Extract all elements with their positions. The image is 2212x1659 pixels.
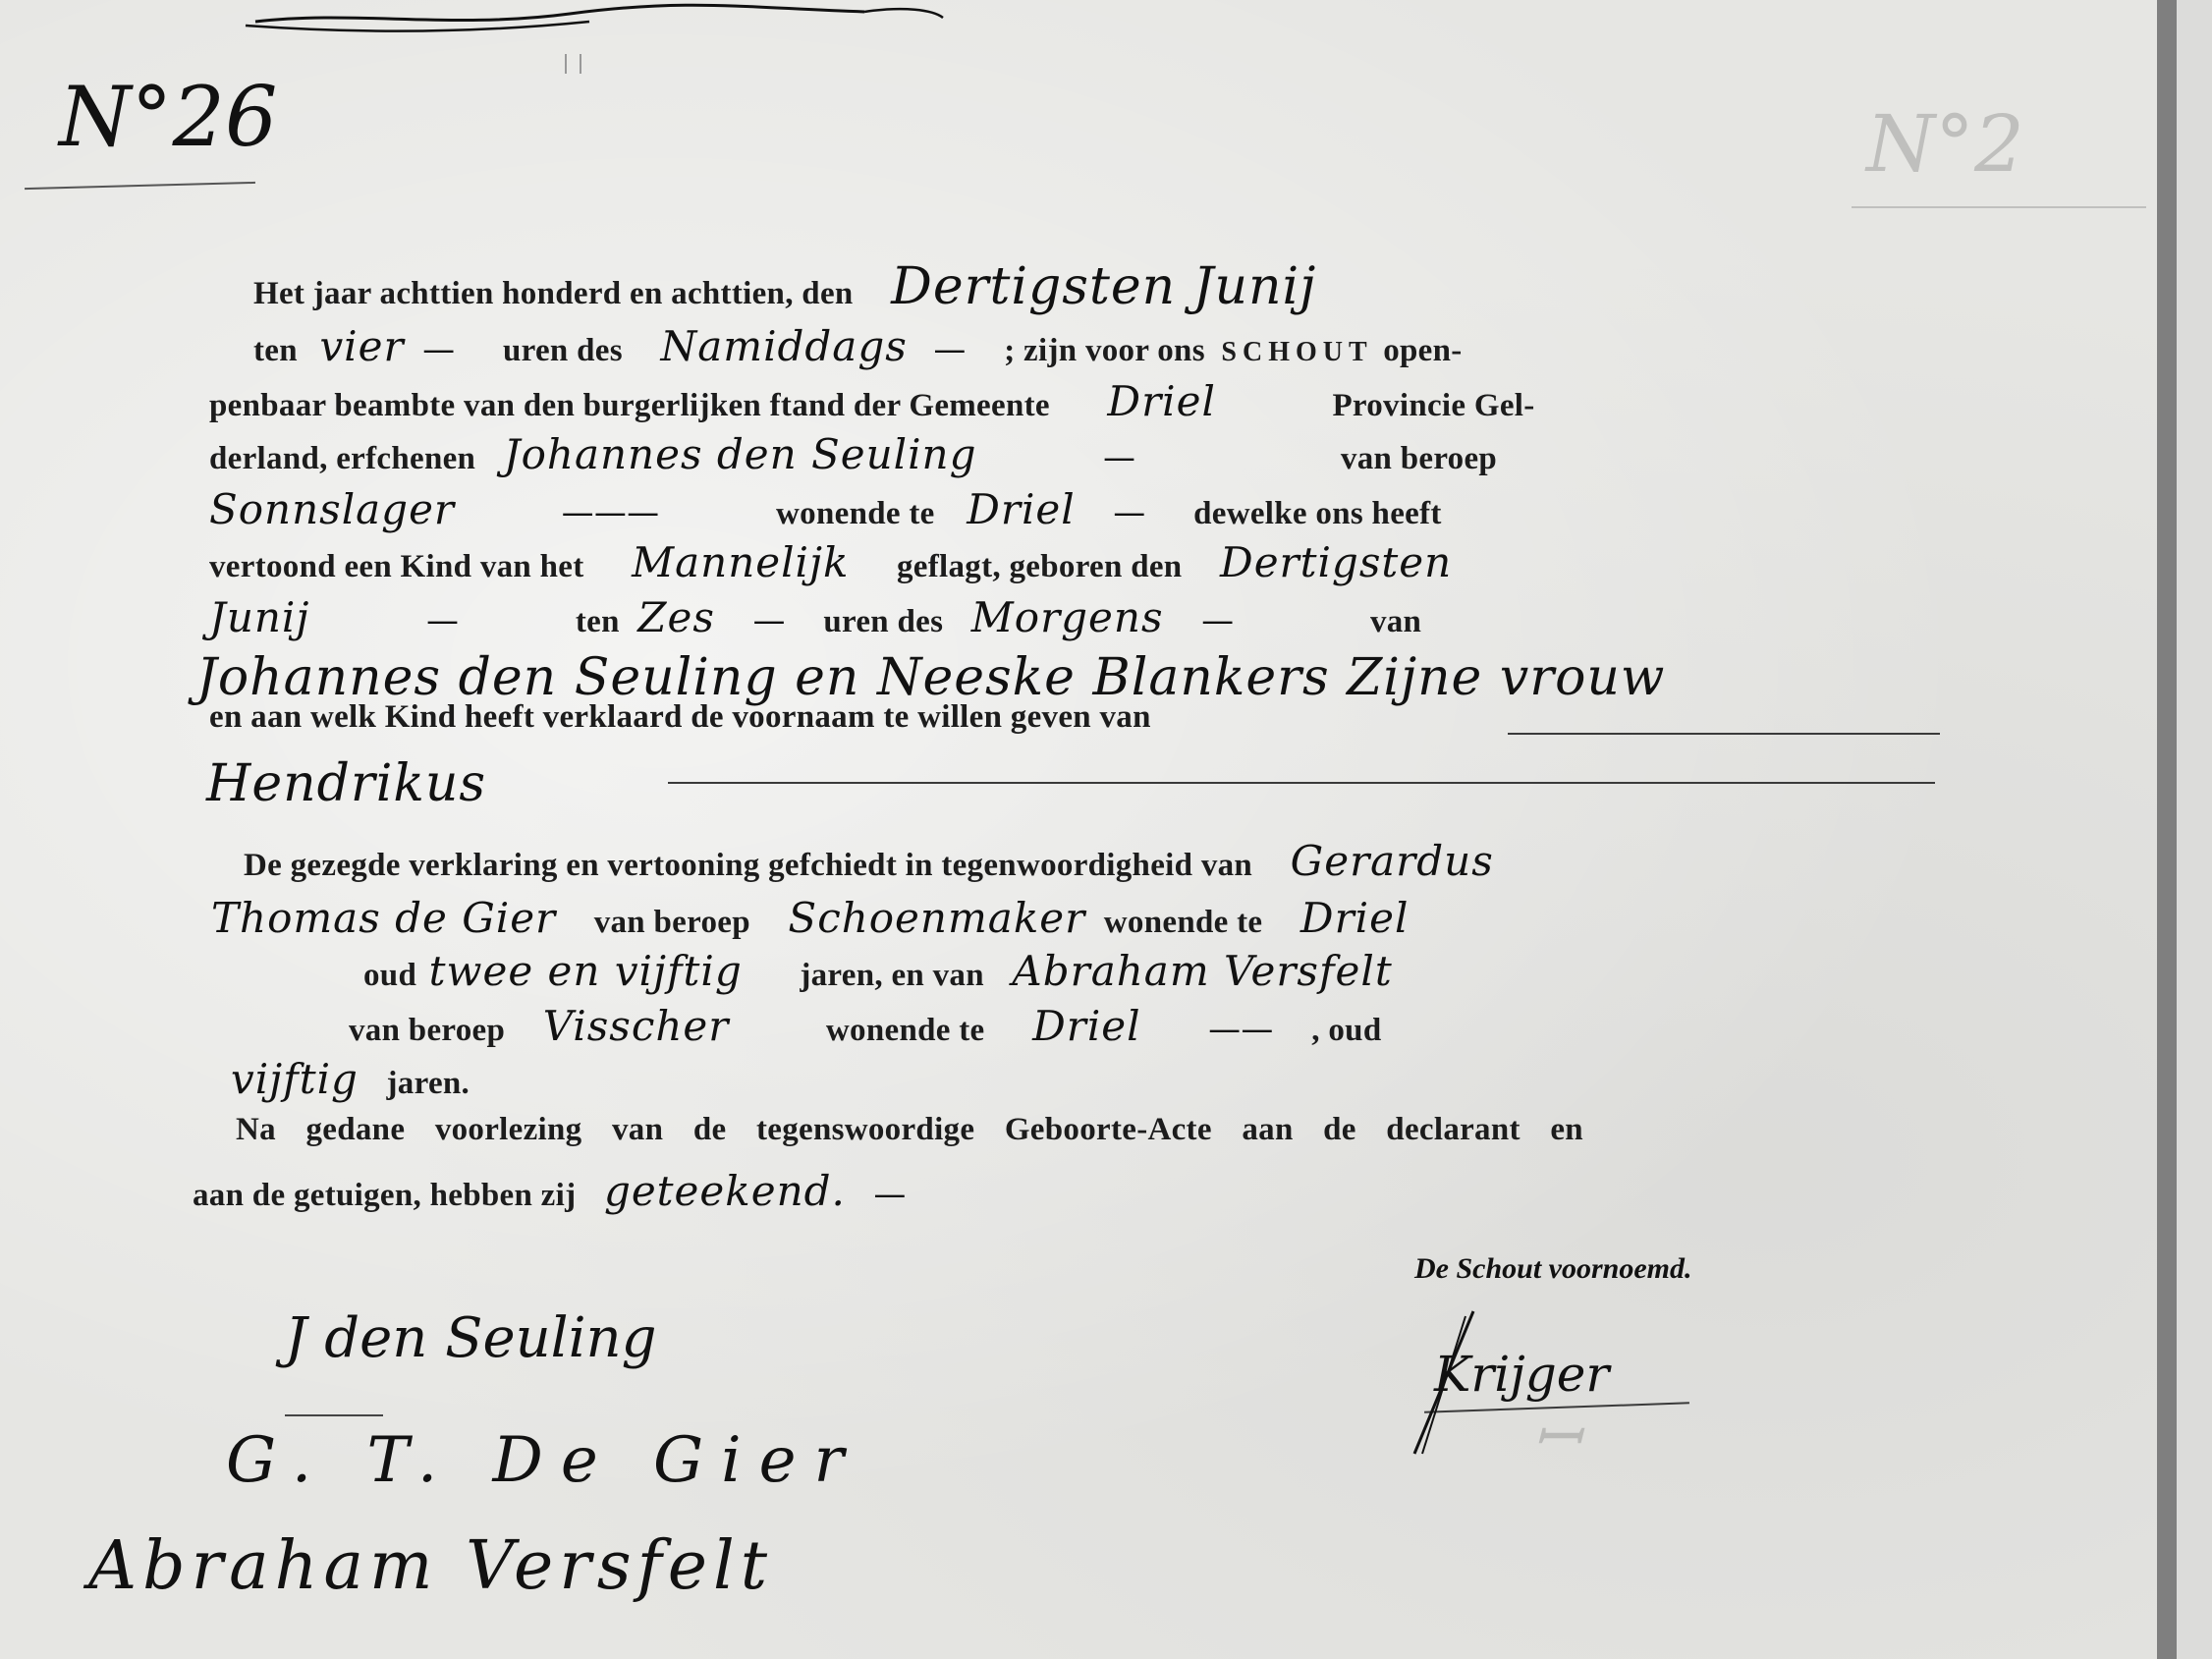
faint-corner-mark: N°2 — [1866, 98, 2024, 190]
fill-rule — [668, 782, 1935, 784]
line-3: penbaar beambte van den burgerlijken fta… — [209, 377, 1535, 425]
handwritten-birth-time-of-day: Morgens — [971, 593, 1164, 641]
printed-text: van — [1370, 604, 1421, 639]
handwritten-witness1-first-name: Gerardus — [1291, 837, 1494, 885]
handwritten-sex: Mannelijk — [632, 538, 849, 586]
signature-declarant: J den Seuling — [285, 1306, 656, 1370]
fill-dash: ——— — [562, 493, 660, 531]
handwritten-time-of-day: Namiddags — [660, 322, 907, 370]
line-7: Junij — ten Zes — uren des Morgens — van — [209, 593, 1421, 641]
fill-rule — [1508, 733, 1940, 735]
bleed-through-mark: ꟷ — [1532, 1395, 1580, 1475]
handwritten-residence: Driel — [967, 485, 1075, 533]
line-2: ten vier — uren des Namiddags — ; zijn v… — [253, 322, 1463, 370]
printed-schout: SCHOUT — [1221, 337, 1372, 367]
fill-dash: —— — [1208, 1010, 1274, 1048]
faint-mark — [580, 54, 581, 74]
right-margin — [2177, 0, 2212, 1659]
line-11: De gezegde verklaring en vertooning gefc… — [244, 837, 1494, 885]
schout-label: De Schout voornoemd. — [1414, 1252, 1692, 1286]
document-page: N°26 N°2 Het jaar achttien honderd en ac… — [0, 0, 2212, 1659]
faint-mark — [565, 54, 567, 74]
handwritten-signed: geteekend. — [604, 1167, 846, 1215]
printed-text: van beroep — [594, 905, 750, 940]
handwritten-witness2-occupation: Visscher — [543, 1002, 730, 1050]
line-17: aan de getuigen, hebben zij geteekend. — — [193, 1167, 907, 1215]
printed-text: wonende te — [826, 1013, 985, 1048]
signature-witness-2: Abraham Versfelt — [88, 1527, 773, 1605]
line-15: vijftig jaren. — [231, 1055, 470, 1103]
printed-text: jaren, en van — [800, 958, 984, 993]
printed-text: uren des — [823, 604, 943, 639]
printed-text: open- — [1383, 333, 1462, 368]
printed-text: De gezegde verklaring en vertooning gefc… — [244, 848, 1252, 883]
handwritten-witness1-age: twee en vijftig — [429, 947, 743, 995]
fill-dash: — — [426, 601, 459, 639]
printed-text: ; zijn voor ons — [1004, 333, 1205, 368]
number-underline — [25, 182, 255, 190]
printed-text: dewelke ons heeft — [1193, 496, 1442, 531]
handwritten-parents: Johannes den Seuling en Neeske Blankers … — [196, 648, 1665, 707]
printed-text: uren des — [503, 333, 623, 368]
handwritten-date: Dertigsten Junij — [891, 257, 1316, 316]
fill-dash: — — [873, 1175, 906, 1213]
printed-text: , oud — [1311, 1013, 1381, 1048]
line-9: en aan welk Kind heeft verklaard de voor… — [209, 699, 1151, 736]
handwritten-hour: vier — [319, 322, 404, 370]
printed-text: wonende te — [776, 496, 935, 531]
printed-text: jaren. — [387, 1066, 470, 1101]
fill-dash: — — [1113, 493, 1145, 531]
printed-text: ten — [253, 333, 298, 368]
fill-dash: — — [422, 330, 455, 368]
handwritten-witness2-residence: Driel — [1032, 1002, 1140, 1050]
printed-text: derland, erfchenen — [209, 441, 475, 476]
fill-dash: — — [933, 330, 966, 368]
line-8: Johannes den Seuling en Neeske Blankers … — [196, 648, 1665, 707]
fill-dash: — — [1201, 601, 1234, 639]
fill-dash: — — [1103, 438, 1135, 476]
printed-text: wonende te — [1104, 905, 1263, 940]
printed-text: en aan welk Kind heeft verklaard de voor… — [209, 699, 1151, 735]
top-flourish-decoration — [157, 0, 963, 39]
document-number: N°26 — [59, 69, 277, 165]
handwritten-witness1-residence: Driel — [1300, 894, 1409, 942]
line-5: Sonnslager ——— wonende te Driel — dewelk… — [209, 485, 1442, 533]
handwritten-municipality: Driel — [1107, 377, 1215, 425]
line-6: vertoond een Kind van het Mannelijk gefl… — [209, 538, 1452, 586]
handwritten-witness1-surname: Thomas de Gier — [211, 894, 556, 942]
line-10: Hendrikus — [206, 754, 486, 813]
line-14: van beroep Visscher wonende te Driel —— … — [349, 1002, 1382, 1050]
handwritten-birth-day: Dertigsten — [1220, 538, 1452, 586]
printed-text: aan de getuigen, hebben zij — [193, 1178, 576, 1213]
fill-dash: — — [752, 601, 785, 639]
printed-text: Provincie Gel- — [1332, 388, 1534, 423]
handwritten-declarant: Johannes den Seuling — [504, 430, 977, 478]
handwritten-child-name: Hendrikus — [206, 754, 486, 813]
printed-text: Het jaar achttien honderd en achttien, d… — [253, 276, 854, 311]
printed-text: geflagt, geboren den — [897, 549, 1182, 584]
signature-witness-1: G. T. De Gier — [226, 1424, 861, 1497]
faint-corner-rule — [1852, 206, 2146, 208]
line-16: Na gedane voorlezing van de tegenswoordi… — [236, 1112, 1583, 1148]
line-4: derland, erfchenen Johannes den Seuling … — [209, 430, 1497, 478]
printed-text: Na gedane voorlezing van de tegenswoordi… — [236, 1112, 1583, 1147]
printed-text: van beroep — [1341, 441, 1497, 476]
handwritten-birth-month: Junij — [209, 593, 309, 641]
handwritten-witness2-age: vijftig — [231, 1055, 359, 1103]
printed-text: penbaar beambte van den burgerlijken fta… — [209, 388, 1050, 423]
line-1: Het jaar achttien honderd en achttien, d… — [253, 257, 1316, 316]
line-13: oud twee en vijftig jaren, en van Abraha… — [363, 947, 1393, 995]
handwritten-witness1-occupation: Schoenmaker — [788, 894, 1085, 942]
printed-text: oud — [363, 958, 416, 993]
signature-stroke — [285, 1414, 383, 1416]
handwritten-occupation: Sonnslager — [209, 485, 455, 533]
binding-edge — [2157, 0, 2177, 1659]
signature-flourish — [1405, 1306, 1483, 1464]
printed-text: van beroep — [349, 1013, 505, 1048]
printed-text: ten — [576, 604, 620, 639]
printed-text: vertoond een Kind van het — [209, 549, 584, 584]
line-12: Thomas de Gier van beroep Schoenmaker wo… — [211, 894, 1409, 942]
handwritten-witness2-name: Abraham Versfelt — [1012, 947, 1392, 995]
handwritten-birth-hour: Zes — [637, 593, 715, 641]
